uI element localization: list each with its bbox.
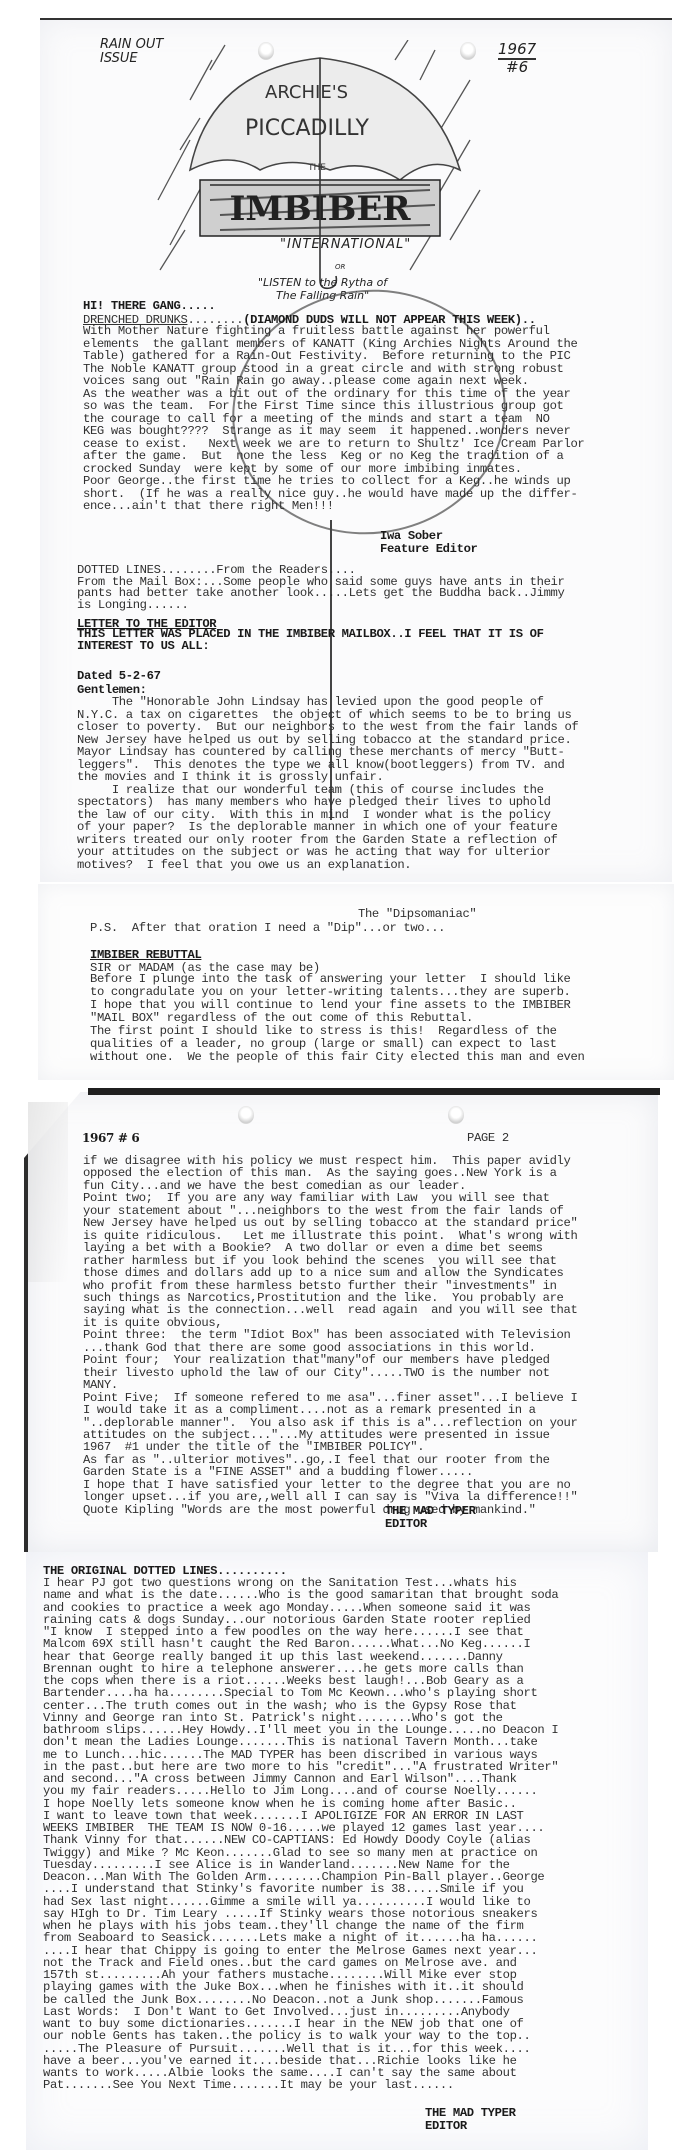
text-line: ence...ain't that there right Men!!! [83,500,584,513]
feature-editor-signature: Iwa Sober Feature Editor [380,530,478,555]
text-line: me to Lunch...hic......The MAD TYPER has… [43,1749,558,1761]
text-line: Quote Kipling "Words are the most powerf… [83,1504,577,1516]
text-line: Mayor Lindsay has countered by calling t… [77,746,578,759]
text-line: voices sang out "Rain Rain go away..plea… [83,375,584,388]
text-line: I would take it as a compliment....not a… [83,1404,577,1416]
binder-hole [238,1106,254,1124]
text-line: laying a bet with a Bookie? A two dollar… [83,1242,577,1254]
text-line: With Mother Nature fighting a fruitless … [83,325,584,338]
text-line: had Sex last night......Gimme a smile wi… [43,1896,558,1908]
text-line: is Longing...... [77,600,564,612]
umbrella-illustration: ARCHIE'S PICCADILLY THE IMBIBER [150,40,490,290]
text-line: New Jersey have helped us out by selling… [83,1217,577,1229]
letter-body: The "Honorable John Lindsay has levied u… [77,696,578,871]
text-line: of your paper? Is the deplorable manner … [77,821,578,834]
international-label: "INTERNATIONAL" [280,237,411,252]
text-line: INTEREST TO US ALL: [77,640,544,652]
or-label: OR [335,263,345,271]
text-line: 1967 #1 under the title of the "IMBIBER … [83,1441,577,1453]
rebuttal-continued-body: if we disagree with his policy we must r… [83,1155,577,1516]
year-issue-mark: 1967 #6 [498,40,536,76]
page-number: PAGE 2 [467,1130,509,1146]
svg-text:ARCHIE'S: ARCHIE'S [265,82,348,103]
text-line: you my fair readers.....Hello to Jim Lon… [43,1785,558,1797]
text-line: .....The Pleasure of Pursuit.......Well … [43,2043,558,2055]
text-line: name and what is the date......Who is th… [43,1589,558,1601]
text-line: playing games with the Juke Box...when h… [43,1981,558,1993]
letter-intro: THIS LETTER WAS PLACED IN THE IMBIBER MA… [77,628,544,652]
text-line: longer upset...if you are,,well all I ca… [83,1491,577,1503]
text-line: MANY. [83,1379,577,1391]
text-line: I hope Noelly lets someone know when he … [43,1798,558,1810]
text-line: motives? I feel that you owe us an expla… [77,859,578,872]
text-line: don't mean the Ladies Lounge.......This … [43,1736,558,1748]
text-line: and cookies to practice a week ago Monda… [43,1602,558,1614]
text-line: their livesto uphold the law of our City… [83,1367,577,1379]
issue-label: 1967 # 6 [82,1130,139,1146]
text-line: after the game. But none the less Keg or… [83,450,584,463]
text-line: so was the team. For the First Time sinc… [83,400,584,413]
text-line: Twiggy) and Mike ? Mc Keon.......Glad to… [43,1847,558,1859]
text-line: KEG was bought???? Strange as it may see… [83,425,584,438]
text-line: spectators) has many members who have pl… [77,796,578,809]
text-line: Table) gathered for a Rain-Out Festivity… [83,350,584,363]
dotted-lines-readers: DOTTED LINES........From the Readers....… [77,565,564,611]
mad-typer-signature: THE MAD TYPER EDITOR [385,1505,476,1530]
mad-typer-signature-2: THE MAD TYPER EDITOR [425,2107,516,2132]
svg-text:THE: THE [307,163,326,173]
text-line: closer to poverty. But our neighbors to … [77,721,578,734]
text-line: Bartender....ha ha........Special to Tom… [43,1687,558,1699]
text-line: The "Honorable John Lindsay has levied u… [77,696,578,709]
text-line: without one. We the people of this fair … [90,1051,584,1064]
text-line: be called the Junk Box........No Deacon.… [43,1994,558,2006]
text-line: your attitudes on the subject or was he … [77,846,578,859]
text-line: the movies and I think it is grossly unf… [77,771,578,784]
dotted-lines-body: I hear PJ got two questions wrong on the… [43,1577,558,2092]
text-line: Malcom 69X still hasn't caught the Red B… [43,1638,558,1650]
text-line: from Seaboard to Seasick.......Lets make… [43,1932,558,1944]
binder-hole [448,1106,464,1124]
drenched-drunks-body: With Mother Nature fighting a fruitless … [83,325,584,513]
text-line: center...The truth comes out in the wash… [43,1700,558,1712]
text-line: Thank Vinny for that......NEW CO-CAPTIAN… [43,1834,558,1846]
text-line: those dimes and dollars add up to a nice… [83,1267,577,1279]
text-line: Pat.......See You Next Time.......It may… [43,2079,558,2091]
ps-line: P.S. After that oration I need a "Dip"..… [90,920,445,936]
corner-shadow [28,1102,68,1282]
text-line: ....I hear that Chippy is going to enter… [43,1945,558,1957]
text-line: our noble Gents has taken..the policy is… [43,2030,558,2042]
text-line: Point four; Your realization that"many"o… [83,1354,577,1366]
text-line: Point three: the term "Idiot Box" has be… [83,1329,577,1341]
text-line: hear that George really banged it up thi… [43,1651,558,1663]
text-line: Point two; If you are any way familiar w… [83,1192,577,1204]
text-line: Poor George..the first time he tries to … [83,475,584,488]
rebuttal-body: Before I plunge into the task of answeri… [90,973,584,1064]
text-line: Garden State is a "FINE ASSET" and a bud… [83,1466,577,1478]
svg-text:PICCADILLY: PICCADILLY [245,116,370,141]
text-line: ....I understand that Stinky's favorite … [43,1883,558,1895]
page-edge-shadow [88,1088,660,1095]
